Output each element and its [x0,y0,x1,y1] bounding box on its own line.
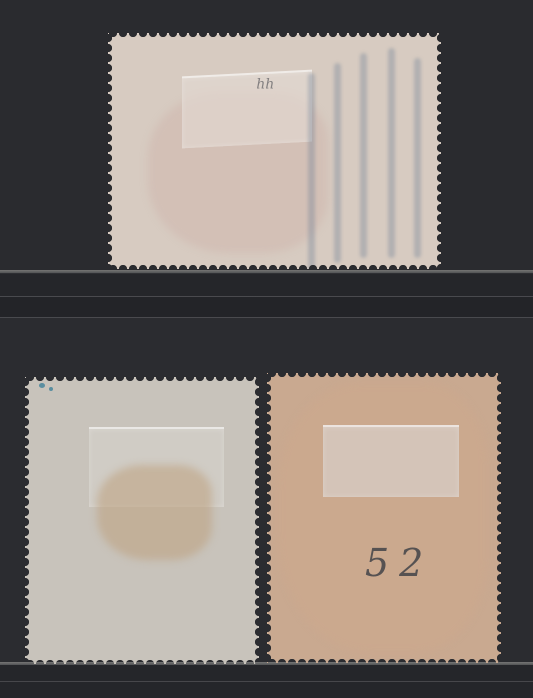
cancellation-line [334,63,341,263]
cancellation-line [414,58,421,258]
cancellation-line [360,53,367,258]
stamp-bottom-left [25,377,259,664]
cancellation-line [308,73,315,273]
toning [277,383,487,653]
mount-strip-edge [0,270,533,273]
hinge-remnant [323,425,459,497]
stamp-top-horizontal: ɥɥ [108,33,441,269]
mount-strip-lower [0,297,533,317]
hinge-remnant [182,70,312,149]
blue-ink-speck [49,387,53,391]
cancellation-line [388,48,395,258]
mount-strip-middle [0,274,533,296]
gum-stain [97,465,212,560]
blue-ink-speck [39,383,45,388]
stamp-bottom-right: 52 [267,373,501,663]
pencil-mark: ɥɥ [256,77,274,93]
strip-divider-line [0,681,533,682]
album-page-background: ɥɥ 52 [0,0,533,698]
pencil-notation: 52 [365,541,433,585]
